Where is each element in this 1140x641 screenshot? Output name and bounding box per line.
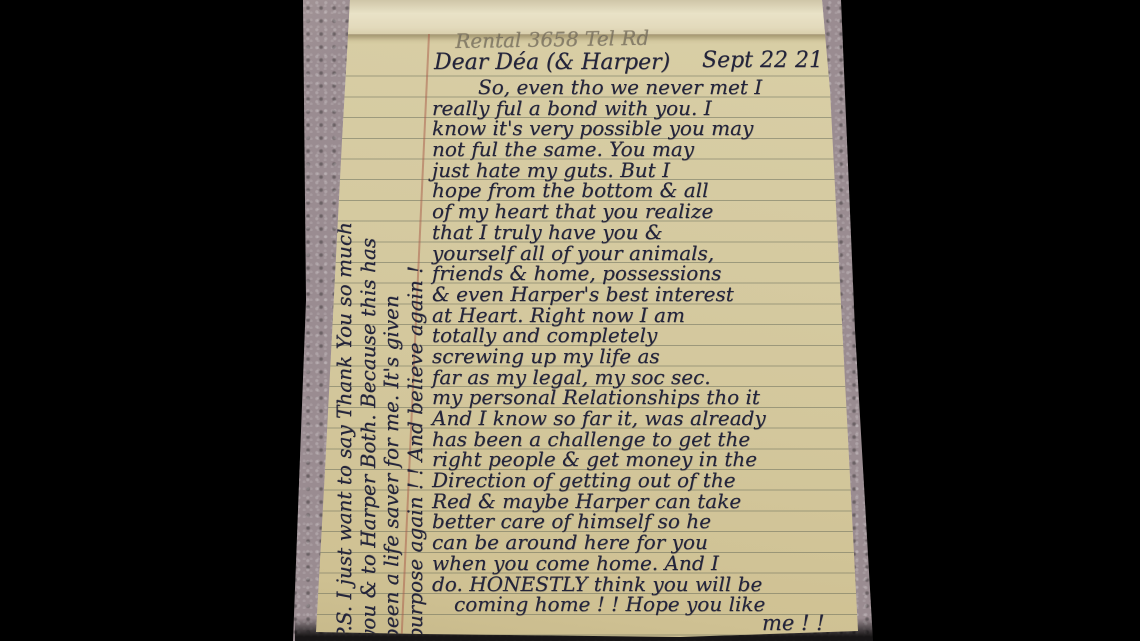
letter-line: & even Harper's best interest [432, 284, 766, 305]
letter-line: when you come home. And I [432, 553, 766, 574]
letter-line: So, even tho we never met I [432, 77, 766, 98]
letter-line: my personal Relationships tho it [432, 387, 766, 408]
letter-line: at Heart. Right now I am [432, 305, 766, 326]
letter-line: better care of himself so he [432, 511, 766, 532]
letter-line: coming home ! ! Hope you like [432, 594, 766, 615]
letter-line: do. HONESTLY think you will be [432, 574, 766, 595]
letter-salutation: Dear Déa (& Harper) [434, 50, 670, 75]
letter-line: hope from the bottom & all [432, 180, 766, 201]
legal-pad: Rental 3658 Tel Rd Dear Déa (& Harper) S… [0, 0, 1140, 641]
letter-date: Sept 22 21 [702, 48, 823, 73]
margin-ps-note: P.S. I just want to say Thank You so muc… [333, 1, 427, 641]
letter-line: far as my legal, my soc sec. [432, 367, 766, 388]
letter-line: screwing up my life as [432, 346, 766, 367]
letter-line: totally and completely [432, 325, 766, 346]
letter-line: has been a challenge to get the [432, 429, 766, 450]
letter-line: just hate my guts. But I [432, 160, 766, 181]
letter-tucked-line: me ! ! [762, 611, 825, 635]
letter-line: can be around here for you [432, 532, 766, 553]
letter-line: friends & home, possessions [432, 263, 766, 284]
letter-line: Red & maybe Harper can take [432, 491, 766, 512]
letter-line: not ful the same. You may [432, 139, 766, 160]
letter-line: really ful a bond with you. I [432, 98, 766, 119]
letter-line: know it's very possible you may [432, 118, 766, 139]
letter-line: Direction of getting out of the [432, 470, 766, 491]
margin-note-line: purpose again ! ! And believe again ! [404, 1, 428, 641]
photo-backdrop: Rental 3658 Tel Rd Dear Déa (& Harper) S… [0, 0, 1140, 641]
letter-line: right people & get money in the [432, 449, 766, 470]
letter-line: And I know so far it, was already [432, 408, 766, 429]
margin-note-line: you & to Harper Both. Because this has [357, 1, 381, 641]
letter-line: yourself all of your animals, [432, 243, 766, 264]
letter-body: So, even tho we never met I really ful a… [432, 77, 766, 615]
margin-note-line: been a life saver for me. It's given [380, 1, 404, 641]
letter-line: that I truly have you & [432, 222, 766, 243]
letter-line: of my heart that you realize [432, 201, 766, 222]
